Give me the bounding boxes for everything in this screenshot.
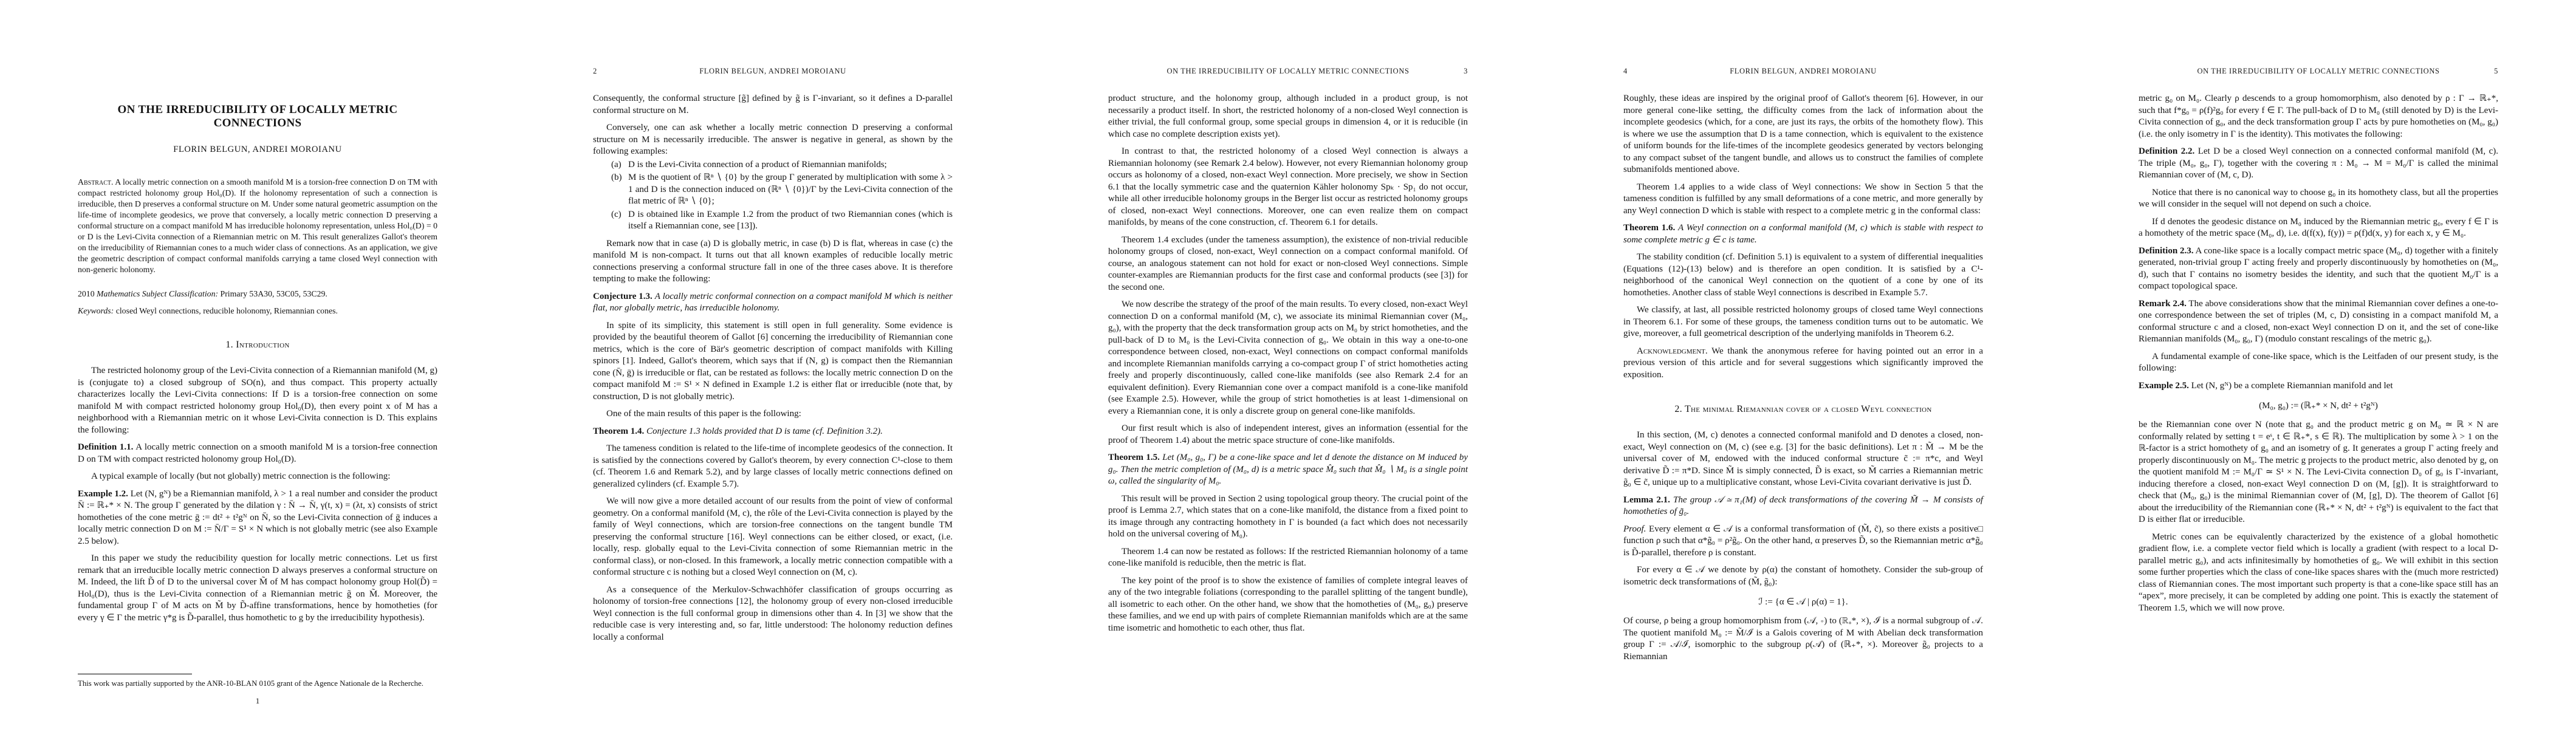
paragraph: The stability condition (cf. Definition … [1623,252,1983,299]
header-running-title: FLORIN BELGUN, ANDREI MOROIANU [699,67,846,75]
theorem-block: Definition 2.3. A cone-like space is a l… [2139,245,2498,293]
msc-line: 2010 Mathematics Subject Classification:… [78,289,437,299]
list-item: (c)D is obtained like in Example 1.2 fro… [593,209,953,233]
header-page-number: 4 [1623,67,1628,76]
page-4-content: 4 FLORIN BELGUN, ANDREI MOROIANU Roughly… [1546,67,2061,663]
list-item: (b)M is the quotient of ℝⁿ ∖ {0} by the … [593,172,953,208]
theorem-block: Theorem 1.5. Let (M₀, g₀, Γ) be a cone-l… [1108,452,1468,488]
paper-title: ON THE IRREDUCIBILITY OF LOCALLY METRIC … [78,103,437,130]
paragraph: metric g₀ on M₀. Clearly ρ descends to a… [2139,93,2498,140]
theorem-label: Example 2.5. [2139,381,2189,391]
paragraph: Notice that there is no canonical way to… [2139,187,2498,211]
theorem-block: Example 1.2. Let (N, gᴺ) be a Riemannian… [78,488,437,548]
theorem-label: Definition 1.1. [78,442,133,452]
section-heading: 1. Introduction [78,340,437,351]
theorem-label: Definition 2.3. [2139,246,2194,256]
page-3: ON THE IRREDUCIBILITY OF LOCALLY METRIC … [1030,0,1546,729]
acknowledgment-label: Acknowledgment. [1637,346,1708,356]
theorem-text: Conjecture 1.3 holds provided that D is … [646,426,883,436]
keywords-label: Keywords: [78,306,114,315]
theorem-label: Remark 2.4. [2139,299,2187,309]
theorem-text: The group 𝒜 ≃ π₁(M) of deck transformati… [1623,495,1983,517]
paragraph: The key point of the proof is to show th… [1108,575,1468,635]
theorem-text: A Weyl connection on a conformal manifol… [1623,223,1983,245]
paragraph: A typical example of locally (but not gl… [78,471,437,483]
theorem-block: Lemma 2.1. The group 𝒜 ≃ π₁(M) of deck t… [1623,495,1983,518]
paragraph: Remark now that in case (a) D is globall… [593,238,953,286]
page-5-content: ON THE IRREDUCIBILITY OF LOCALLY METRIC … [2061,67,2576,614]
page-3-content: ON THE IRREDUCIBILITY OF LOCALLY METRIC … [1030,67,1546,634]
paragraph: Metric cones can be equivalently charact… [2139,532,2498,615]
paragraph: Theorem 1.4 excludes (under the tameness… [1108,234,1468,294]
paragraph: This result will be proved in Section 2 … [1108,493,1468,541]
proof-label: Proof. [1623,524,1646,534]
display-equation: ℐ := {α ∈ 𝒜 | ρ(α) = 1}. [1623,596,1983,607]
paper-abstract: Abstract. A locally metric connection on… [78,177,437,275]
abstract-label: Abstract. [78,177,113,187]
paragraph: In spite of its simplicity, this stateme… [593,320,953,403]
paragraph: In contrast to that, the restricted holo… [1108,146,1468,229]
page-4: 4 FLORIN BELGUN, ANDREI MOROIANU Roughly… [1546,0,2061,729]
page-2: 2 FLORIN BELGUN, ANDREI MOROIANU Consequ… [515,0,1030,729]
theorem-block: Theorem 1.6. A Weyl connection on a conf… [1623,222,1983,246]
paragraph: One of the main results of this paper is… [593,408,953,420]
section-heading: 2. The minimal Riemannian cover of a clo… [1623,404,1983,415]
paragraph: The restricted holonomy group of the Lev… [78,365,437,436]
theorem-label: Conjecture 1.3. [593,292,653,301]
list-item-label: (c) [611,209,622,221]
theorem-block: Definition 1.1. A locally metric connect… [78,442,437,465]
paragraph: be the Riemannian cone over N (note that… [2139,419,2498,526]
theorem-label: Theorem 1.6. [1623,223,1675,233]
acknowledgment: Acknowledgment. We thank the anonymous r… [1623,346,1983,382]
paragraph: Conversely, one can ask whether a locall… [593,122,953,158]
keywords-line: Keywords: closed Weyl connections, reduc… [78,306,437,317]
paragraph: We now describe the strategy of the proo… [1108,299,1468,417]
theorem-label: Lemma 2.1. [1623,495,1670,505]
header-running-title: ON THE IRREDUCIBILITY OF LOCALLY METRIC … [2197,67,2439,75]
paragraph: A fundamental example of cone-like space… [2139,351,2498,375]
proof-block: □Proof. Every element α ∈ 𝒜 is a conform… [1623,524,1983,560]
paragraph: product structure, and the holonomy grou… [1108,93,1468,140]
running-header: ON THE IRREDUCIBILITY OF LOCALLY METRIC … [1108,67,1468,77]
paragraph: Consequently, the conformal structure [g… [593,93,953,117]
theorem-text: The above considerations show that the m… [2139,299,2498,344]
msc-label: Mathematics Subject Classification: [97,289,218,298]
theorem-block: Example 2.5. Let (N, gᴺ) be a complete R… [2139,380,2498,392]
page-1-content: ON THE IRREDUCIBILITY OF LOCALLY METRIC … [0,0,515,624]
theorem-label: Theorem 1.5. [1108,453,1160,462]
paragraph: We will now give a more detailed account… [593,496,953,579]
header-page-number: 3 [1464,67,1468,76]
theorem-label: Example 1.2. [78,489,128,499]
theorem-block: Conjecture 1.3. A locally metric conform… [593,291,953,315]
document-canvas: arXiv:0907.3182v5 [math.DG] 19 Jan 2017 … [0,0,2576,729]
list-item: (a)D is the Levi-Civita connection of a … [593,159,953,171]
theorem-text: Let (N, gᴺ) be a Riemannian manifold, λ … [78,489,437,546]
running-header: ON THE IRREDUCIBILITY OF LOCALLY METRIC … [2139,67,2498,77]
paragraph: Our first result which is also of indepe… [1108,423,1468,447]
page-1: ON THE IRREDUCIBILITY OF LOCALLY METRIC … [0,0,515,729]
list-item-label: (a) [611,159,622,171]
theorem-label: Definition 2.2. [2139,146,2194,156]
header-page-number: 5 [2494,67,2498,76]
header-running-title: FLORIN BELGUN, ANDREI MOROIANU [1730,67,1877,75]
theorem-block: Remark 2.4. The above considerations sho… [2139,298,2498,346]
qed-box: □ [1978,524,1983,536]
theorem-block: Definition 2.2. Let D be a closed Weyl c… [2139,146,2498,182]
running-header: 4 FLORIN BELGUN, ANDREI MOROIANU [1623,67,1983,77]
header-page-number: 2 [593,67,597,76]
paper-authors: FLORIN BELGUN, ANDREI MOROIANU [78,145,437,155]
running-header: 2 FLORIN BELGUN, ANDREI MOROIANU [593,67,953,77]
list-item-label: (b) [611,172,622,184]
theorem-text: Let (M₀, g₀, Γ) be a cone-like space and… [1108,453,1468,486]
header-running-title: ON THE IRREDUCIBILITY OF LOCALLY METRIC … [1166,67,1409,75]
paragraph: Of course, ρ being a group homomorphism … [1623,615,1983,663]
display-equation: (M₀, g₀) := (ℝ₊* × N, dt² + t²gᴺ) [2139,400,2498,411]
paragraph: Theorem 1.4 can now be restated as follo… [1108,546,1468,570]
footnote-text: This work was partially supported by the… [78,679,437,689]
paragraph: We classify, at last, all possible restr… [1623,304,1983,340]
page-number: 1 [78,696,437,706]
paragraph: Roughly, these ideas are inspired by the… [1623,93,1983,176]
paragraph: Theorem 1.4 applies to a wide class of W… [1623,182,1983,217]
paragraph: In this section, (M, c) denotes a connec… [1623,430,1983,489]
paragraph: The tameness condition is related to the… [593,443,953,490]
theorem-label: Theorem 1.4. [593,426,644,436]
paragraph: If d denotes the geodesic distance on M₀… [2139,216,2498,240]
page-2-content: 2 FLORIN BELGUN, ANDREI MOROIANU Consequ… [515,67,1030,643]
theorem-block: Theorem 1.4. Conjecture 1.3 holds provid… [593,426,953,438]
paragraph: As a consequence of the Merkulov-Schwach… [593,584,953,644]
theorem-text: Let (N, gᴺ) be a complete Riemannian man… [2191,381,2393,391]
footnote-rule [78,674,192,674]
paragraph: For every α ∈ 𝒜 we denote by ρ(α) the co… [1623,564,1983,588]
paragraph: In this paper we study the reducibility … [78,553,437,624]
page-5: ON THE IRREDUCIBILITY OF LOCALLY METRIC … [2061,0,2576,729]
footnote-area: This work was partially supported by the… [78,674,437,706]
